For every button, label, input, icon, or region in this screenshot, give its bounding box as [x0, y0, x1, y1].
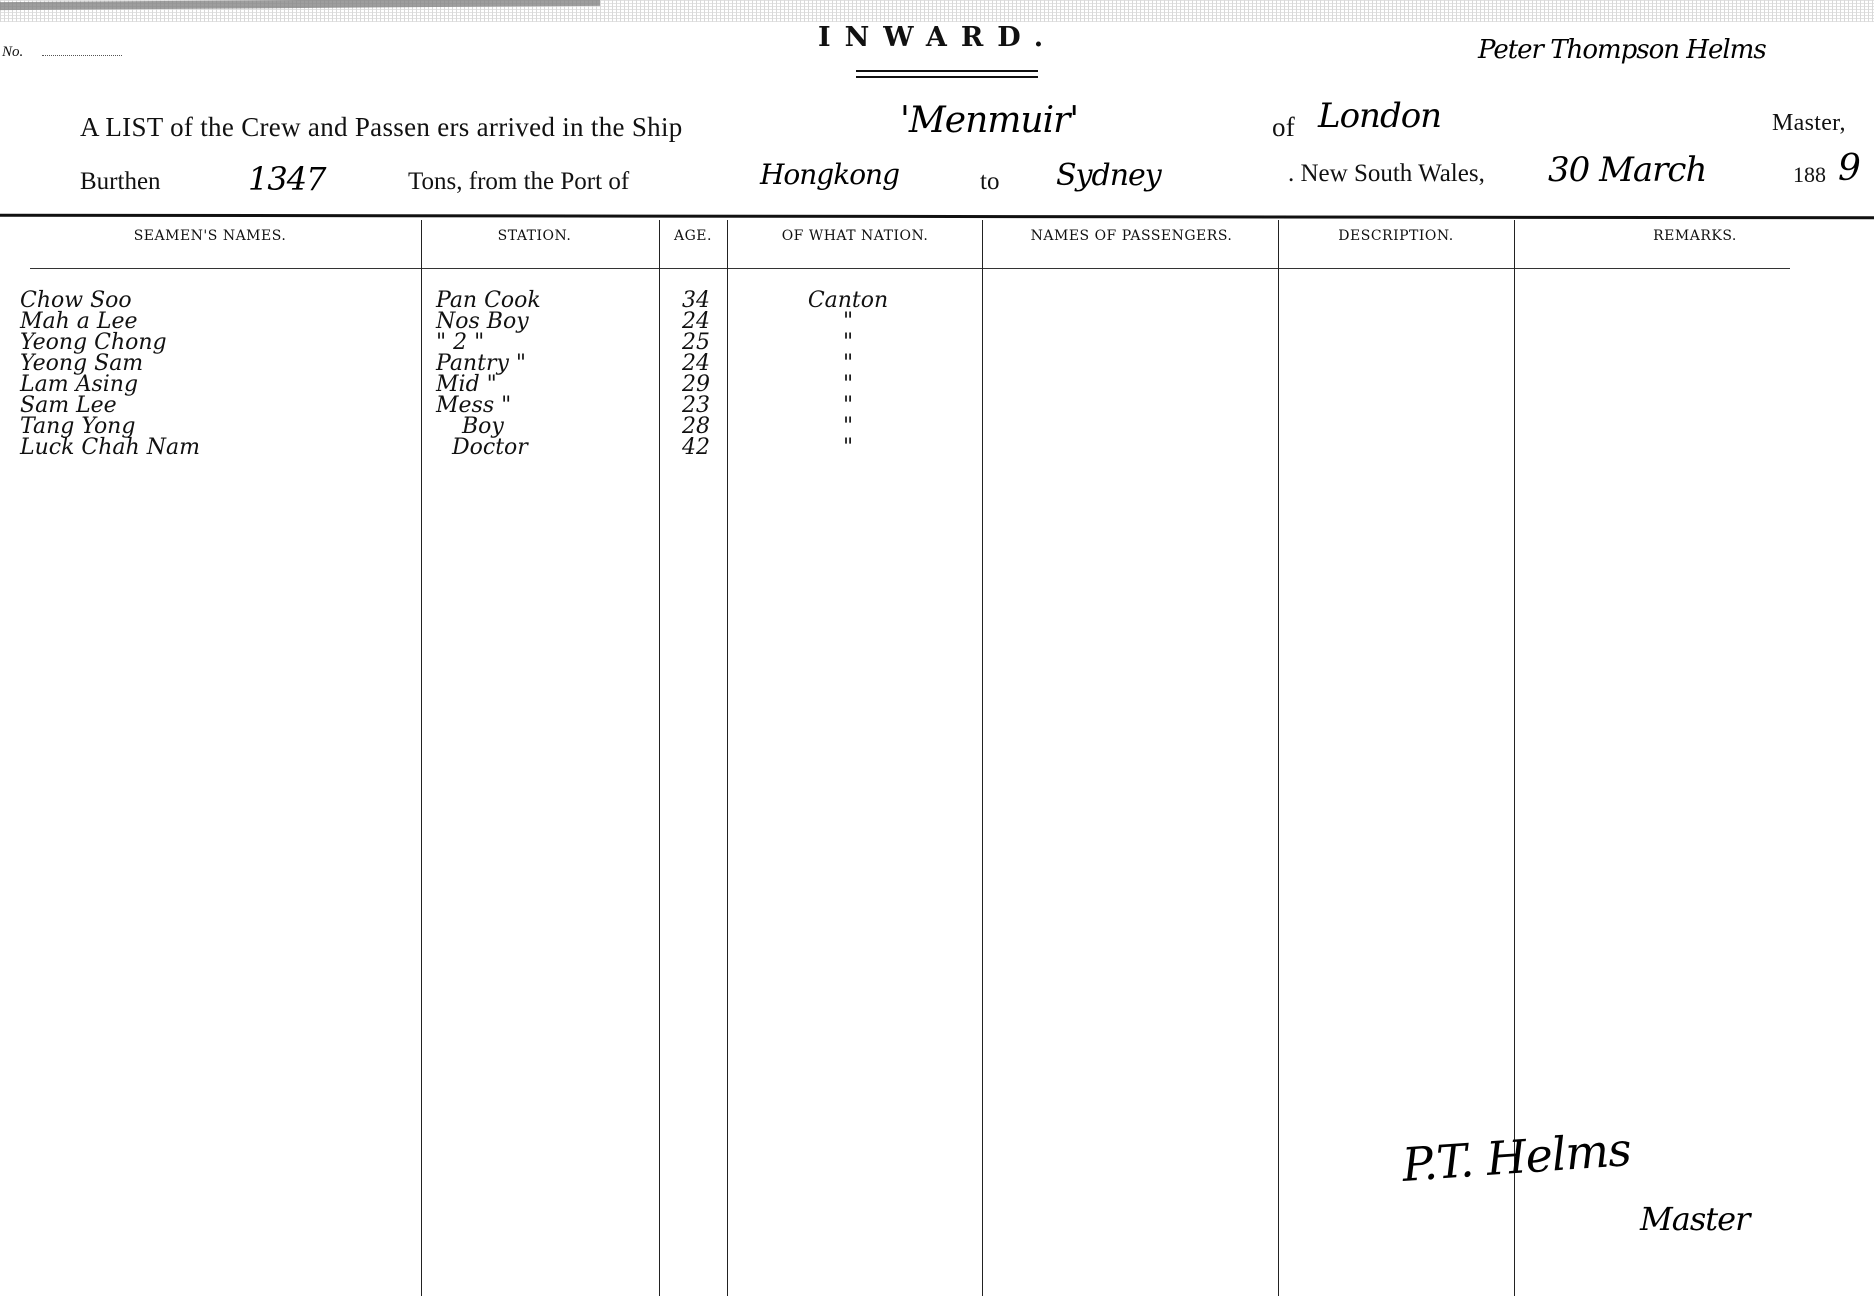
- column-header-description: DESCRIPTION.: [1280, 228, 1512, 244]
- table-row-name: Yeong Sam: [20, 353, 200, 374]
- column-header-station: STATION.: [422, 228, 647, 244]
- master-label: Master,: [1772, 110, 1846, 137]
- table-row-age: 24: [676, 311, 716, 332]
- table-row-name: Luck Chah Nam: [20, 437, 200, 458]
- table-row-nation: ": [788, 332, 908, 353]
- master-name-annotation: Peter Thompson Helms: [1478, 35, 1766, 65]
- table-row-age: 42: [676, 437, 716, 458]
- table-row-age: 25: [676, 332, 716, 353]
- table-row-station: Pan Cook: [436, 290, 541, 311]
- table-row-station: Boy: [436, 416, 541, 437]
- table-row-station: " 2 ": [436, 332, 541, 353]
- table-row-age: 23: [676, 395, 716, 416]
- seamen-names-column: Chow Soo Mah a Lee Yeong Chong Yeong Sam…: [20, 290, 200, 458]
- scan-noise-top: [0, 0, 1874, 22]
- master-signature: P.T. Helms: [1400, 1122, 1632, 1192]
- table-row-age: 29: [676, 374, 716, 395]
- burthen-label: Burthen: [80, 168, 161, 196]
- table-row-nation: ": [788, 311, 908, 332]
- table-row-name: Yeong Chong: [20, 332, 200, 353]
- column-divider: [727, 220, 728, 1296]
- master-role: Master: [1640, 1200, 1749, 1238]
- table-row-station: Nos Boy: [436, 311, 541, 332]
- station-column: Pan Cook Nos Boy " 2 " Pantry " Mid " Me…: [436, 290, 541, 458]
- tons-value: 1347: [248, 160, 325, 198]
- age-column: 34 24 25 24 29 23 28 42: [676, 290, 716, 458]
- column-header-age: AGE.: [660, 228, 726, 244]
- table-row-nation: ": [788, 416, 908, 437]
- to-label: to: [980, 168, 999, 196]
- nsw-label: . New South Wales,: [1288, 160, 1485, 188]
- table-row-station: Doctor: [436, 437, 541, 458]
- table-row-name: Lam Asing: [20, 374, 200, 395]
- ship-name: 'Menmuir': [900, 100, 1078, 141]
- column-divider: [659, 220, 660, 1296]
- number-label: No.: [2, 44, 23, 61]
- arrival-date: 30 March: [1548, 150, 1706, 190]
- table-row-age: 34: [676, 290, 716, 311]
- table-row-age: 28: [676, 416, 716, 437]
- column-divider: [982, 220, 983, 1296]
- table-row-station: Mess ": [436, 395, 541, 416]
- table-row-age: 24: [676, 353, 716, 374]
- column-header-remarks: REMARKS.: [1516, 228, 1874, 244]
- column-header-passengers: NAMES OF PASSENGERS.: [984, 228, 1279, 244]
- year-prefix: 188: [1793, 162, 1826, 188]
- year-suffix: 9: [1838, 148, 1860, 189]
- header-bottom-rule: [30, 268, 1790, 269]
- page-title: INWARD.: [818, 22, 1057, 53]
- table-row-station: Mid ": [436, 374, 541, 395]
- table-row-nation: ": [788, 353, 908, 374]
- table-row-nation: ": [788, 437, 908, 458]
- table-row-nation: ": [788, 374, 908, 395]
- from-port: Hongkong: [760, 158, 899, 191]
- header-top-rule: [0, 214, 1874, 220]
- number-field-line: [42, 55, 122, 56]
- home-port: London: [1318, 96, 1441, 136]
- table-row-nation: ": [788, 395, 908, 416]
- table-row-nation: Canton: [788, 290, 908, 311]
- nation-column: Canton " " " " " " ": [788, 290, 908, 458]
- table-row-name: Tang Yong: [20, 416, 200, 437]
- table-row-name: Chow Soo: [20, 290, 200, 311]
- to-port: Sydney: [1056, 158, 1161, 193]
- table-row-station: Pantry ": [436, 353, 541, 374]
- column-divider: [421, 220, 422, 1296]
- column-divider: [1278, 220, 1279, 1296]
- column-header-seamen: SEAMEN'S NAMES.: [20, 228, 400, 244]
- column-header-nation: OF WHAT NATION.: [730, 228, 980, 244]
- table-row-name: Mah a Lee: [20, 311, 200, 332]
- table-row-name: Sam Lee: [20, 395, 200, 416]
- tons-label: Tons, from the Port of: [408, 168, 629, 196]
- title-double-rule: [856, 70, 1038, 78]
- of-label: of: [1272, 112, 1295, 143]
- list-heading-text: A LIST of the Crew and Passen ers arrive…: [80, 112, 683, 143]
